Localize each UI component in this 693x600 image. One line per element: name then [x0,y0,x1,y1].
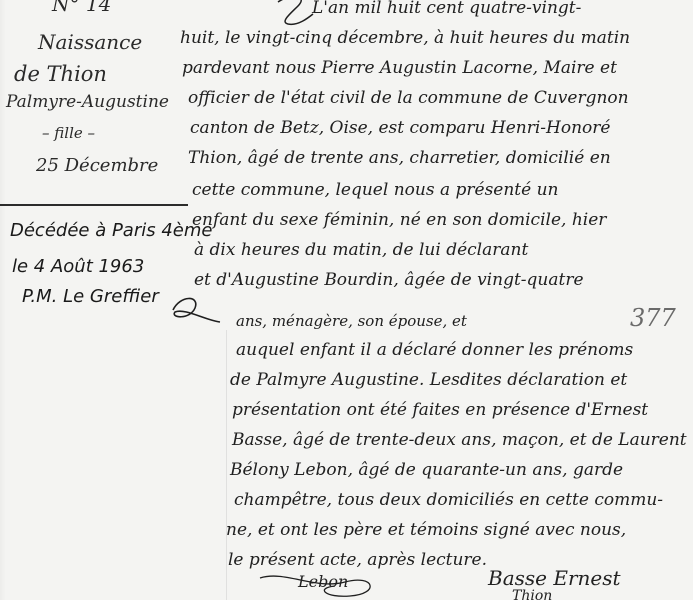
body-line: auquel enfant il a déclaré donner les pr… [236,340,633,360]
folio-mark: 377 [630,304,676,332]
entry-surname: de Thion [14,62,107,86]
document-page: N° 14 Naissance de Thion Palmyre-Augusti… [0,0,693,600]
body-line: huit, le vingt-cinq décembre, à huit heu… [180,28,630,48]
body-line: champêtre, tous deux domiciliés en cette… [234,490,663,510]
clerk-flourish-icon [165,290,225,330]
body-line: à dix heures du matin, de lui déclarant [194,240,528,260]
entry-date: 25 Décembre [36,155,158,176]
signature-flourish-icon [255,560,385,600]
margin-line [226,330,227,600]
entry-number: N° 14 [52,0,111,16]
body-line: officier de l'état civil de la commune d… [188,88,629,108]
entry-title: Naissance [38,30,142,54]
body-line: Bélony Lebon, âgé de quarante-un ans, ga… [230,460,623,480]
margin-divider [0,204,188,206]
body-line: cette commune, lequel nous a présenté un [192,180,559,200]
body-line: canton de Betz, Oise, est comparu Henri-… [190,118,610,138]
body-line: et d'Augustine Bourdin, âgée de vingt-qu… [194,270,584,290]
entry-sex: – fille – [42,124,95,142]
body-line: L'an mil huit cent quatre-vingt- [312,0,581,18]
body-line: présentation ont été faites en présence … [232,400,648,420]
body-line: de Palmyre Augustine. Lesdites déclarati… [230,370,627,390]
body-line: Basse, âgé de trente-deux ans, maçon, et… [232,430,687,450]
clerk-signature: P.M. Le Greffier [22,286,159,307]
body-line: ans, ménagère, son épouse, et [236,312,467,330]
death-place: Décédée à Paris 4ème [10,220,212,241]
signature-thion: Thion [512,588,552,600]
body-line: pardevant nous Pierre Augustin Lacorne, … [182,58,617,78]
body-line: enfant du sexe féminin, né en son domici… [192,210,606,230]
body-line: ne, et ont les père et témoins signé ave… [226,520,626,540]
signature-basse-ernest: Basse Ernest [488,566,621,590]
entry-given-names: Palmyre-Augustine [6,92,169,112]
death-date: le 4 Août 1963 [12,256,144,277]
body-line: Thion, âgé de trente ans, charretier, do… [188,148,611,168]
